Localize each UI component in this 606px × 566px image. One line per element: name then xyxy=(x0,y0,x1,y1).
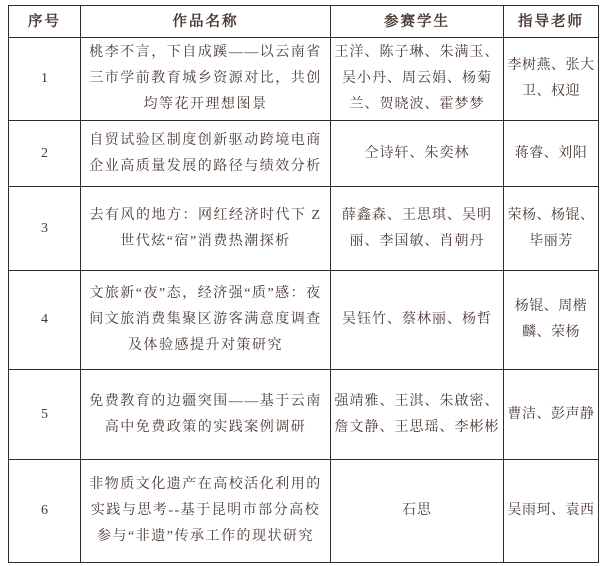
document-page: 序号 作品名称 参赛学生 指导老师 1 桃李不言，下自成蹊——以云南省三市学前教… xyxy=(0,0,606,566)
cell-teachers: 杨锟、周楷麟、荣杨 xyxy=(504,271,599,370)
cell-title: 自贸试验区制度创新驱动跨境电商企业高质量发展的路径与绩效分析 xyxy=(81,121,331,187)
cell-title: 桃李不言，下自成蹊——以云南省三市学前教育城乡资源对比，共创均等花开理想图景 xyxy=(81,38,331,121)
cell-index: 2 xyxy=(9,121,81,187)
cell-title: 非物质文化遗产在高校活化利用的实践与思考--基于昆明市部分高校参与“非遗”传承工… xyxy=(81,460,331,563)
cell-teachers: 李树燕、张大卫、权迎 xyxy=(504,38,599,121)
cell-index: 6 xyxy=(9,460,81,563)
cell-teachers: 曹洁、彭声静 xyxy=(504,370,599,460)
table-row: 6 非物质文化遗产在高校活化利用的实践与思考--基于昆明市部分高校参与“非遗”传… xyxy=(9,460,599,563)
table-row: 1 桃李不言，下自成蹊——以云南省三市学前教育城乡资源对比，共创均等花开理想图景… xyxy=(9,38,599,121)
awards-table: 序号 作品名称 参赛学生 指导老师 1 桃李不言，下自成蹊——以云南省三市学前教… xyxy=(8,5,599,563)
cell-index: 3 xyxy=(9,187,81,271)
cell-students: 强靖雅、王淇、朱啟密、詹文静、王思瑶、李彬彬 xyxy=(331,370,504,460)
table-row: 2 自贸试验区制度创新驱动跨境电商企业高质量发展的路径与绩效分析 仝诗轩、朱奕林… xyxy=(9,121,599,187)
header-row: 序号 作品名称 参赛学生 指导老师 xyxy=(9,6,599,38)
table-row: 3 去有风的地方：网红经济时代下 Z 世代炫“宿”消费热潮探析 薛鑫森、王思琪、… xyxy=(9,187,599,271)
table-row: 5 免费教育的边疆突围——基于云南高中免费政策的实践案例调研 强靖雅、王淇、朱啟… xyxy=(9,370,599,460)
column-header-index: 序号 xyxy=(9,6,81,38)
cell-teachers: 吴雨珂、袁西 xyxy=(504,460,599,563)
table-row: 4 文旅新“夜”态，经济强“质”感：夜间文旅消费集聚区游客满意度调查及体验感提升… xyxy=(9,271,599,370)
cell-index: 5 xyxy=(9,370,81,460)
cell-students: 吴钰竹、蔡林丽、杨哲 xyxy=(331,271,504,370)
table-body: 1 桃李不言，下自成蹊——以云南省三市学前教育城乡资源对比，共创均等花开理想图景… xyxy=(9,38,599,563)
cell-teachers: 蒋睿、刘阳 xyxy=(504,121,599,187)
cell-title: 文旅新“夜”态，经济强“质”感：夜间文旅消费集聚区游客满意度调查及体验感提升对策… xyxy=(81,271,331,370)
cell-title: 免费教育的边疆突围——基于云南高中免费政策的实践案例调研 xyxy=(81,370,331,460)
cell-students: 王洋、陈子琳、朱满玉、吴小丹、周云娟、杨菊兰、贺晓波、霍梦梦 xyxy=(331,38,504,121)
cell-index: 4 xyxy=(9,271,81,370)
cell-students: 石思 xyxy=(331,460,504,563)
cell-index: 1 xyxy=(9,38,81,121)
table-header: 序号 作品名称 参赛学生 指导老师 xyxy=(9,6,599,38)
cell-students: 薛鑫森、王思琪、吴明丽、李国敏、肖朝丹 xyxy=(331,187,504,271)
column-header-teachers: 指导老师 xyxy=(504,6,599,38)
cell-title: 去有风的地方：网红经济时代下 Z 世代炫“宿”消费热潮探析 xyxy=(81,187,331,271)
column-header-title: 作品名称 xyxy=(81,6,331,38)
cell-teachers: 荣杨、杨锟、毕丽芳 xyxy=(504,187,599,271)
column-header-students: 参赛学生 xyxy=(331,6,504,38)
cell-students: 仝诗轩、朱奕林 xyxy=(331,121,504,187)
